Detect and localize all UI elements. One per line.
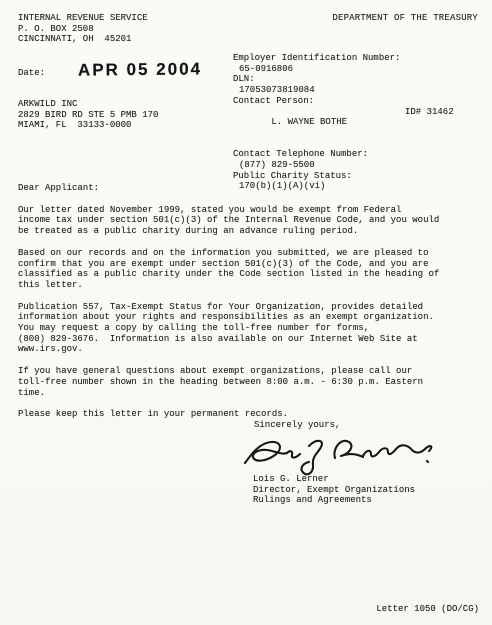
signer-block: Lois G. Lerner Director, Exempt Organiza… bbox=[253, 474, 415, 506]
sender-line: CINCINNATI, OH 45201 bbox=[18, 34, 148, 45]
date-label: Date: bbox=[18, 68, 45, 79]
contact-person-value: L. WAYNE BOTHE bbox=[271, 117, 347, 127]
contact-person-row: L. WAYNE BOTHE ID# 31462 bbox=[233, 107, 483, 150]
body-paragraph: Please keep this letter in your permanen… bbox=[18, 409, 480, 420]
body-paragraph: Our letter dated November 1999, stated y… bbox=[18, 205, 480, 237]
sender-line: P. O. BOX 2508 bbox=[18, 24, 148, 35]
ein-label: Employer Identification Number: bbox=[233, 53, 483, 64]
department-header: DEPARTMENT OF THE TREASURY bbox=[332, 13, 478, 24]
ein-value: 65-0916806 bbox=[233, 64, 483, 75]
signature bbox=[243, 433, 433, 479]
dln-label: DLN: bbox=[233, 74, 483, 85]
signer-name: Lois G. Lerner bbox=[253, 474, 415, 485]
salutation: Dear Applicant: bbox=[18, 183, 480, 194]
recipient-line: 2829 BIRD RD STE 5 PMB 170 bbox=[18, 110, 158, 121]
body-paragraph: Publication 557, Tax-Exempt Status for Y… bbox=[18, 302, 480, 356]
sender-address: INTERNAL REVENUE SERVICE P. O. BOX 2508 … bbox=[18, 13, 148, 45]
recipient-line: ARKWILD INC bbox=[18, 99, 158, 110]
recipient-line: MIAMI, FL 33133-0000 bbox=[18, 120, 158, 131]
letter-code: Letter 1050 (DO/CG) bbox=[376, 604, 479, 615]
signer-title: Director, Exempt Organizations bbox=[253, 485, 415, 496]
date-stamp: APR 05 2004 bbox=[78, 64, 202, 76]
body-paragraph: If you have general questions about exem… bbox=[18, 366, 480, 398]
date-row: Date: APR 05 2004 bbox=[18, 68, 203, 79]
letter-info-block: Employer Identification Number: 65-09168… bbox=[233, 53, 483, 192]
body-paragraph: Based on our records and on the informat… bbox=[18, 248, 480, 291]
irs-letter-page: INTERNAL REVENUE SERVICE P. O. BOX 2508 … bbox=[0, 0, 492, 625]
sender-line: INTERNAL REVENUE SERVICE bbox=[18, 13, 148, 24]
contact-person-label: Contact Person: bbox=[233, 96, 483, 107]
contact-id: ID# 31462 bbox=[405, 107, 454, 118]
dln-value: 17053073819084 bbox=[233, 85, 483, 96]
recipient-address: ARKWILD INC 2829 BIRD RD STE 5 PMB 170 M… bbox=[18, 99, 158, 131]
letter-body: Dear Applicant: Our letter dated Novembe… bbox=[18, 183, 480, 431]
signer-title: Rulings and Agreements bbox=[253, 495, 415, 506]
phone-label: Contact Telephone Number: bbox=[233, 149, 483, 160]
charity-status-label: Public Charity Status: bbox=[233, 171, 483, 182]
valediction: Sincerely yours, bbox=[254, 420, 340, 431]
phone-value: (877) 829-5500 bbox=[233, 160, 483, 171]
